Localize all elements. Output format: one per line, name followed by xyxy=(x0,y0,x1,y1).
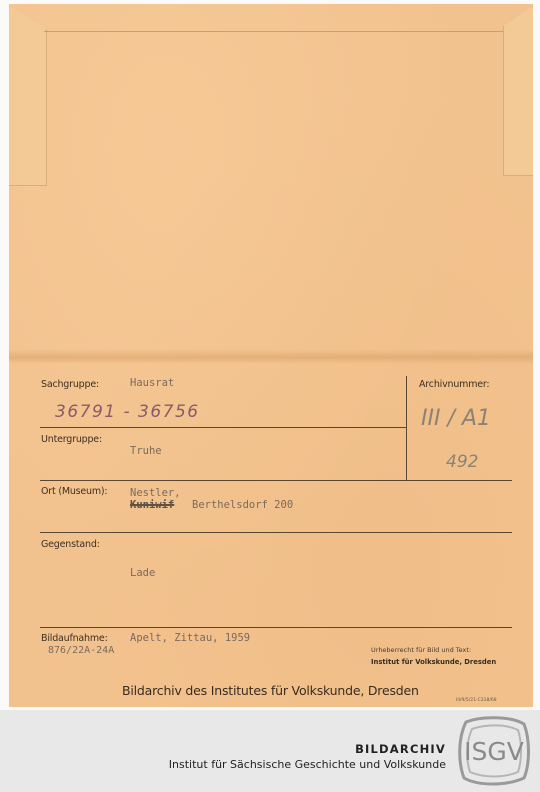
copyright-holder: Institut für Volkskunde, Dresden xyxy=(371,658,496,666)
rule-ort xyxy=(40,532,512,533)
bildaufnahme-number: 876/22A-24A xyxy=(48,645,114,656)
paper-fold xyxy=(9,349,533,363)
flap-crease xyxy=(44,31,503,32)
handwritten-number-range: 36791 - 36756 xyxy=(55,402,200,422)
sachgruppe-value: Hausrat xyxy=(130,377,174,389)
sachgruppe-label: Sachgruppe: xyxy=(41,379,99,390)
archivnummer-handwritten-1: III / A1 xyxy=(421,406,491,431)
banner-subtitle: Institut für Sächsische Geschichte und V… xyxy=(169,758,446,771)
archive-banner: BILDARCHIV Institut für Sächsische Gesch… xyxy=(0,710,540,792)
rule-untergruppe xyxy=(40,480,512,481)
archivnummer-handwritten-2: 492 xyxy=(446,452,478,472)
gegenstand-label: Gegenstand: xyxy=(41,539,100,550)
ort-value-struck: Kuniwif xyxy=(130,499,174,511)
archivnummer-label: Archivnummer: xyxy=(419,379,489,390)
envelope-flap-left xyxy=(9,6,47,186)
archive-card: Sachgruppe: Hausrat 36791 - 36756 Archiv… xyxy=(9,4,533,707)
rule-gegenstand xyxy=(40,627,512,628)
rule-sachgruppe xyxy=(40,427,406,428)
envelope-flap-right xyxy=(503,6,533,176)
isgv-logo-icon: ISGV xyxy=(456,714,532,788)
print-code: III/9/5/21-C318/68 xyxy=(456,698,497,703)
logo-text: ISGV xyxy=(464,737,524,766)
card-footer-title: Bildarchiv des Institutes für Volkskunde… xyxy=(122,683,419,698)
gegenstand-value: Lade xyxy=(130,567,155,579)
bildaufnahme-label: Bildaufnahme: xyxy=(41,633,108,644)
untergruppe-label: Untergruppe: xyxy=(41,434,102,445)
banner-title: BILDARCHIV xyxy=(355,742,446,756)
rule-vertical-archiv xyxy=(406,376,407,481)
untergruppe-value: Truhe xyxy=(130,445,162,457)
copyright-note: Urheberrecht für Bild und Text: xyxy=(371,646,471,654)
bildaufnahme-value: Apelt, Zittau, 1959 xyxy=(130,632,250,644)
ort-value-line2: Berthelsdorf 200 xyxy=(192,499,293,511)
ort-label: Ort (Museum): xyxy=(41,486,107,497)
ort-value-line1: Nestler, xyxy=(130,487,181,499)
